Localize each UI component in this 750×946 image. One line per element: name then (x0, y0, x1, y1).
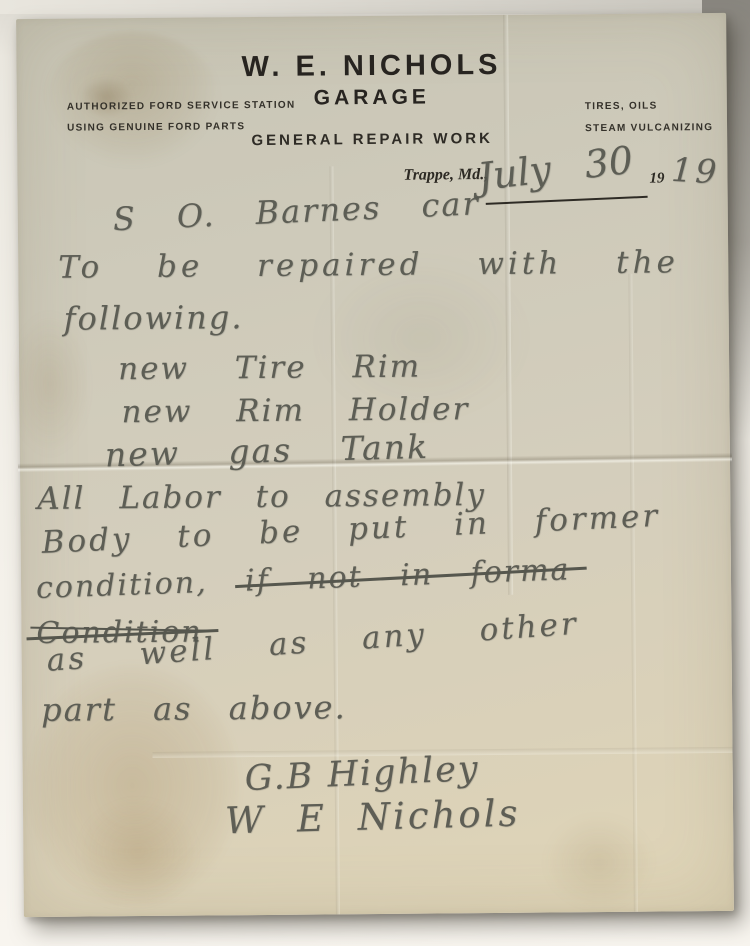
letterhead-right-line: STEAM VULCANIZING (585, 117, 713, 140)
handwritten-line: S O. Barnes car (112, 184, 480, 238)
handwritten-line: part as above. (41, 688, 347, 729)
handwritten-year: 19 (670, 150, 720, 192)
struck-handwritten-text: if not in forma (244, 552, 571, 598)
printed-place: Trappe, Md., (403, 166, 488, 185)
letterhead-right-line: TIRES, OILS (585, 95, 713, 118)
backdrop-top-shadow (0, 0, 750, 14)
date-rule-line (486, 196, 648, 205)
handwritten-line: condition, if not in forma (35, 552, 570, 606)
handwritten-text: new Rim Holder (121, 391, 469, 430)
company-name: W. E. NICHOLS (16, 47, 726, 86)
handwritten-text: part as above. (41, 688, 347, 729)
handwritten-line: following. (64, 298, 244, 338)
signature: W E Nichols (225, 792, 521, 843)
handwritten-date: July 30 (475, 138, 635, 199)
handwritten-line: new gas Tank (104, 427, 429, 474)
signature: G.B Highley (244, 749, 481, 799)
handwritten-text: condition, (35, 564, 245, 606)
handwritten-line: new Rim Holder (121, 391, 469, 430)
stain-bottom-left-small (75, 796, 201, 909)
handwritten-text: new Tire Rim (118, 349, 421, 388)
handwritten-line: new Tire Rim (118, 349, 421, 388)
printed-year-prefix: 19 (649, 170, 664, 187)
handwritten-line: To be repaired with the (58, 244, 679, 285)
handwritten-text: To be repaired with the (58, 244, 679, 285)
handwritten-text: following. (64, 298, 244, 338)
stain-bottom-center (541, 812, 657, 913)
vertical-fold-crease (628, 274, 638, 912)
letterhead-right-block: TIRES, OILS STEAM VULCANIZING (585, 95, 714, 140)
letterhead-sheet: AUTHORIZED FORD SERVICE STATION USING GE… (16, 13, 734, 917)
handwritten-text: S O. Barnes car (112, 184, 480, 238)
handwritten-text: new gas Tank (104, 427, 429, 474)
